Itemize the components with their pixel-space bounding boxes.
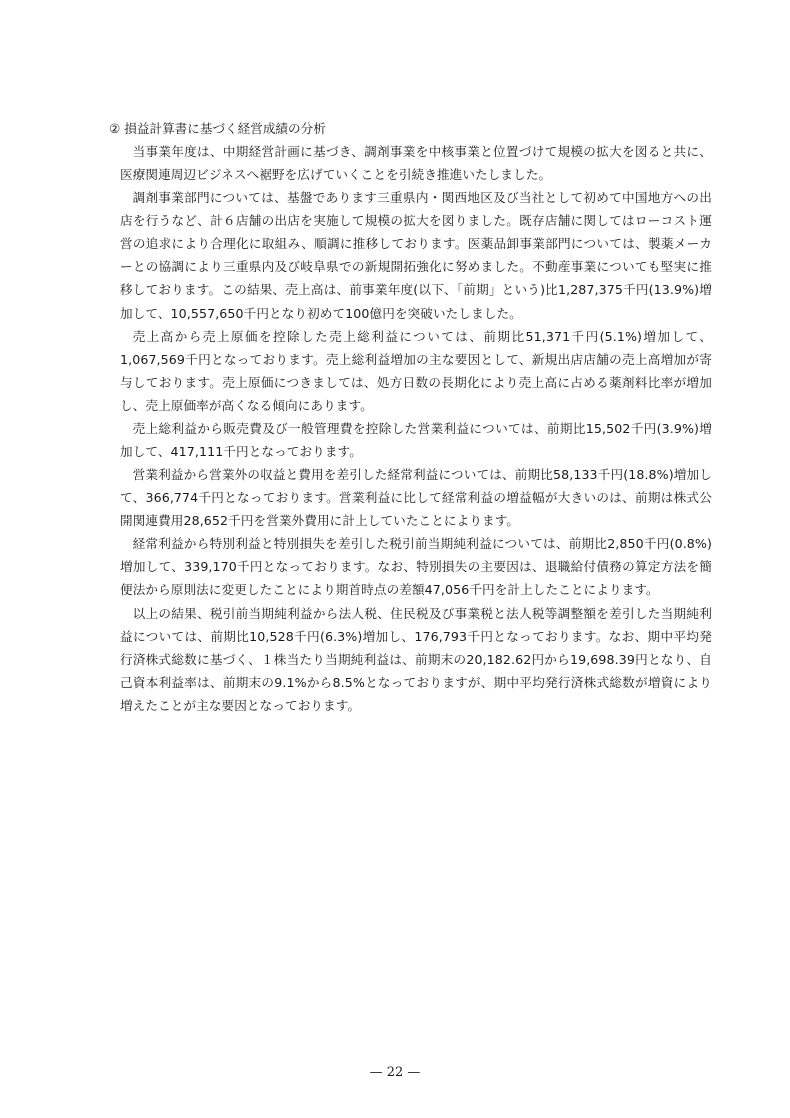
paragraph-sales: 調剤事業部門については、基盤であります三重県内・関西地区及び当社として初めて中国…: [120, 186, 712, 324]
paragraph-overview: 当事業年度は、中期経営計画に基づき、調剤事業を中核事業と位置づけて規模の拡大を図…: [120, 140, 712, 186]
document-page: ② 損益計算書に基づく経営成績の分析 当事業年度は、中期経営計画に基づき、調剤事…: [0, 0, 790, 1118]
section-heading: ② 損益計算書に基づく経営成績の分析: [109, 117, 326, 140]
section-body: 当事業年度は、中期経営計画に基づき、調剤事業を中核事業と位置づけて規模の拡大を図…: [120, 140, 712, 717]
paragraph-gross-profit: 売上高から売上原価を控除した売上総利益については、前期比51,371千円(5.1…: [120, 325, 712, 417]
paragraph-operating-income: 売上総利益から販売費及び一般管理費を控除した営業利益については、前期比15,50…: [120, 417, 712, 463]
paragraph-net-income: 以上の結果、税引前当期純利益から法人税、住民税及び事業税と法人税等調整額を差引し…: [120, 602, 712, 717]
paragraph-ordinary-income: 営業利益から営業外の収益と費用を差引した経常利益については、前期比58,133千…: [120, 463, 712, 532]
page-number: — 22 —: [0, 1065, 790, 1080]
paragraph-pretax-income: 経常利益から特別利益と特別損失を差引した税引前当期純利益については、前期比2,8…: [120, 532, 712, 601]
